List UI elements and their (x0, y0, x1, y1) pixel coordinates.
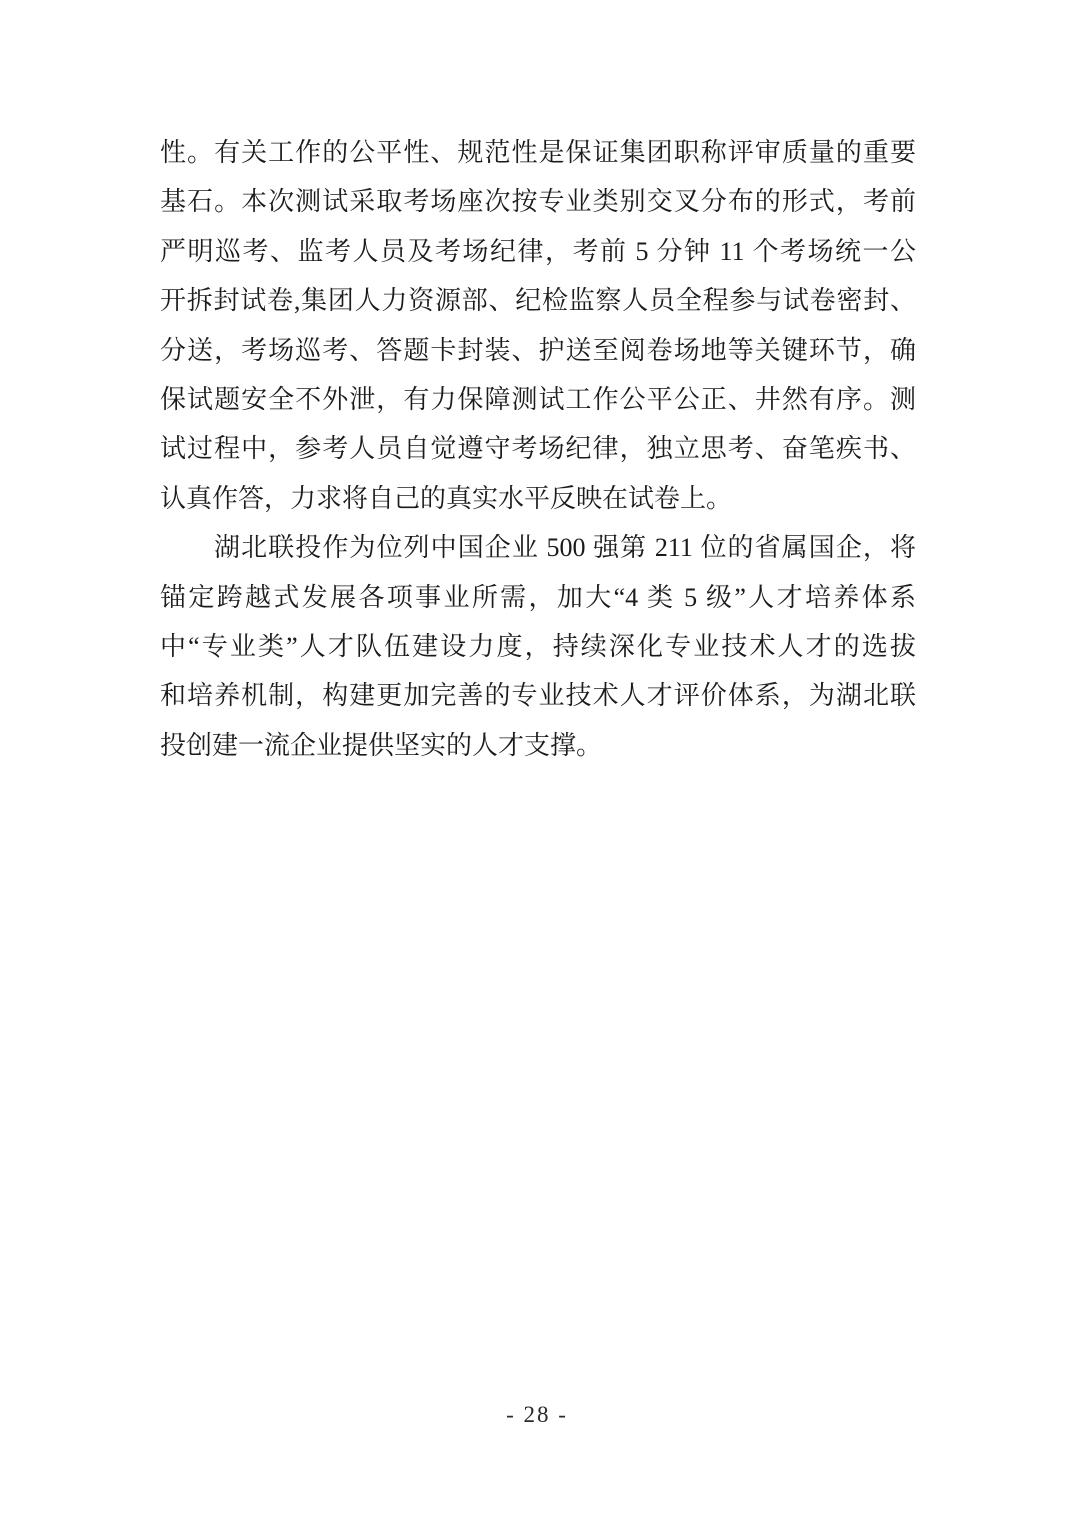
paragraph-1: 性。有关工作的公平性、规范性是保证集团职称评审质量的重要 基石。本次测试采取考场… (160, 128, 916, 523)
page-footer: - 28 - (0, 1402, 1074, 1428)
text-line: 性。有关工作的公平性、规范性是保证集团职称评审质量的重要 (160, 128, 916, 177)
text-line: 严明巡考、监考人员及考场纪律，考前 5 分钟 11 个考场统一公 (160, 227, 916, 276)
text-line: 认真作答，力求将自己的真实水平反映在试卷上。 (160, 474, 916, 523)
text-line: 基石。本次测试采取考场座次按专业类别交叉分布的形式，考前 (160, 177, 916, 226)
paragraph-2: 湖北联投作为位列中国企业 500 强第 211 位的省属国企，将 锚定跨越式发展… (160, 523, 916, 770)
text-line: 试过程中，参考人员自觉遵守考场纪律，独立思考、奋笔疾书、 (160, 424, 916, 473)
text-line: 开拆封试卷,集团人力资源部、纪检监察人员全程参与试卷密封、 (160, 276, 916, 325)
body-text: 性。有关工作的公平性、规范性是保证集团职称评审质量的重要 基石。本次测试采取考场… (160, 128, 916, 770)
text-line: 锚定跨越式发展各项事业所需，加大“4 类 5 级”人才培养体系 (160, 573, 916, 622)
text-line: 中“专业类”人才队伍建设力度，持续深化专业技术人才的选拔 (160, 622, 916, 671)
text-line: 和培养机制，构建更加完善的专业技术人才评价体系，为湖北联 (160, 671, 916, 720)
text-line: 湖北联投作为位列中国企业 500 强第 211 位的省属国企，将 (160, 523, 916, 572)
page-number: - 28 - (506, 1402, 568, 1427)
text-line: 投创建一流企业提供坚实的人才支撑。 (160, 721, 916, 770)
text-line: 保试题安全不外泄，有力保障测试工作公平公正、井然有序。测 (160, 375, 916, 424)
text-line: 分送，考场巡考、答题卡封装、护送至阅卷场地等关键环节，确 (160, 326, 916, 375)
document-page: 性。有关工作的公平性、规范性是保证集团职称评审质量的重要 基石。本次测试采取考场… (0, 0, 1074, 1520)
